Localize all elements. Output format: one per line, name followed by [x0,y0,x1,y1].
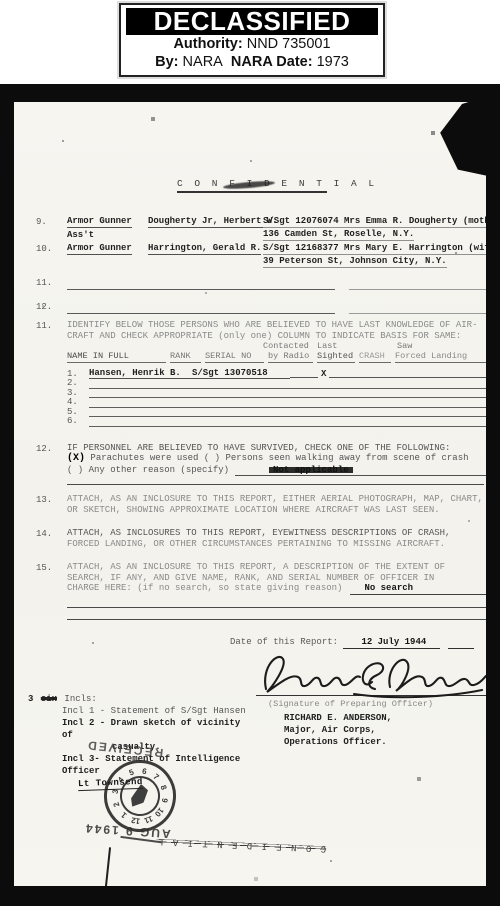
blank-line [67,599,486,608]
col-saw: Saw [397,341,412,352]
no-search-answer: No search [364,583,413,593]
blank-line [290,376,318,378]
authority-value: NND 735001 [247,36,331,52]
crew-serial-nok: S/Sgt 12168377 Mrs Mary E. Harrington (w… [263,242,500,255]
witness-rank-serial: S/Sgt 13070518 [192,368,290,380]
scanned-document-page: DECLASSIFIED Authority: NND 735001 By: N… [0,0,500,906]
clock-hand [128,783,151,810]
scan-edge-right [486,92,500,906]
section-15-text-1: ATTACH, AS AN INCLOSURE TO THIS REPORT, … [67,562,486,573]
blank-line [67,611,486,620]
section-11-text-1: IDENTIFY BELOW THOSE PERSONS WHO ARE BEL… [67,320,486,331]
nara-date-value: 1973 [317,54,349,70]
section-number: 13. [28,494,67,515]
sighted-check-mark: X [318,369,329,380]
section-12-specify-line: ( ) Any other reason (specify) Not appli… [67,465,486,477]
inclosure-1: Incl 1 - Statement of S/Sgt Hansen [62,705,256,717]
clock-number: 1 [119,810,128,820]
inclosures-count-line: 3 six Incls: [28,693,256,705]
authority-line: Authority: NND 735001 [126,35,378,53]
option-other: Any other reason (specify) [89,465,229,477]
clock-number: 9 [160,797,170,803]
struck-word: six [39,694,59,704]
by-label: By: [155,54,178,70]
blank-line [67,301,335,314]
crew-role: Armor Gunner [67,215,132,228]
by-value: NARA [183,54,223,70]
divider-line [67,476,484,485]
crew-row-number: 9. [28,216,67,228]
section-15-answer-line: CHARGE HERE: (if no search, so state giv… [67,583,486,595]
clock-number: 3 [111,789,121,795]
col-name-in-full: NAME IN FULL [67,351,166,363]
section-15-text-2: SEARCH, IF ANY, AND GIVE NAME, RANK, AND… [67,573,486,584]
crew-row-10: 10. Armor Gunner Harrington, Gerald R. S… [28,241,486,255]
option-parachutes: Parachutes were used [90,453,198,463]
checked-mark: (X) [67,453,85,464]
clock-number: 6 [141,767,147,777]
section-12: 12. IF PERSONNEL ARE BELIEVED TO HAVE SU… [28,443,486,486]
witness-row-blank: 2. [67,379,486,389]
section-13-text-2: OR SKETCH, SHOWING APPROXIMATE LOCATION … [67,505,486,516]
officer-rank: Major, Air Corps, [284,724,486,736]
crew-row-9b: Ass't 136 Camden St, Roselle, N.Y. [28,228,486,242]
clock-number: 5 [128,768,135,778]
officer-name: RICHARD E. ANDERSON, [284,712,486,724]
scan-edge-bottom [0,886,500,906]
option-walking: Persons seen walking away from scene of … [225,453,468,463]
officer-title: Operations Officer. [284,736,486,748]
blank-line [89,416,486,417]
crew-row-number: 10. [28,243,67,255]
crew-row-12-blank: 12. [28,301,486,314]
section-11-text-2: CRAFT AND CHECK APPROPRIATE (only one) C… [67,331,486,342]
col-last: Last [317,341,337,352]
clock-number: 4 [116,775,126,784]
table-header-top: Contacted Last Saw [67,341,486,351]
blank-line [349,301,486,314]
classification-header: C O N F I D E N T I A L [177,178,327,193]
section-number: 14. [28,528,67,549]
clock-number: 2 [112,801,122,808]
section-14-text-1: ATTACH, AS INCLOSURES TO THIS REPORT, EY… [67,528,486,539]
section-12-text-1: IF PERSONNEL ARE BELIEVED TO HAVE SURVIV… [67,443,486,454]
section-13: 13. ATTACH, AS AN INCLOSURE TO THIS REPO… [28,494,486,515]
blank-line [349,277,486,290]
crew-row-number: 12. [28,301,67,314]
by-line: By: NARA NARA Date: 1973 [126,53,378,71]
col-sighted: Sighted [317,351,355,363]
col-contacted: Contacted [263,341,309,352]
crew-nok-address: 136 Camden St, Roselle, N.Y. [263,228,414,241]
crew-row-9: 9. Armor Gunner Dougherty Jr, Herbert W.… [28,214,486,228]
clock-number: 11 [143,814,154,825]
col-rank: RANK [170,351,201,363]
document-body: C O N F I D E N T I A L 9. Armor Gunner … [28,172,486,790]
handwritten-signature [256,645,488,703]
section-14-text-2: FORCED LANDING, OR OTHER CIRCUMSTANCES P… [67,539,486,550]
row-number: 6. [67,416,89,427]
section-14: 14. ATTACH, AS INCLOSURES TO THIS REPORT… [28,528,486,549]
officer-name-block: RICHARD E. ANDERSON, Major, Air Corps, O… [284,712,486,748]
witness-row-blank: 4. [67,398,486,408]
inclosures-label: Incls: [64,694,96,704]
section-number: 11. [28,320,67,427]
witness-row-blank: 3. [67,389,486,399]
blank-line [67,277,335,290]
specify-blank: Not applicable [235,465,486,477]
inclosures-count: 3 [28,694,33,704]
col-serial-no: SERIAL NO [205,351,264,363]
declassified-stamp: DECLASSIFIED Authority: NND 735001 By: N… [119,3,385,77]
crew-role-2: Ass't [67,230,94,240]
crew-row-10b: 39 Peterson St, Johnson City, N.Y. [28,255,486,269]
answer-blank: No search [350,583,486,595]
authority-label: Authority: [173,36,242,52]
blank-line [89,426,486,427]
unchecked-mark: ( ) [204,453,220,463]
scan-edge-top [0,84,500,102]
declassified-banner: DECLASSIFIED [126,8,378,35]
witness-name: Hansen, Henrik B. [89,368,192,380]
unchecked-mark: ( ) [67,465,83,477]
witness-row-blank: 5. [67,408,486,418]
redacted-not-applicable: Not applicable [269,465,353,476]
table-header-row: NAME IN FULL RANK SERIAL NO by Radio Sig… [67,351,486,363]
crew-name: Dougherty Jr, Herbert W. [148,215,278,228]
blank-line [89,388,486,389]
blank-line [89,397,486,398]
clock-number: 8 [159,784,169,791]
crew-serial-nok: S/Sgt 12076074 Mrs Emma R. Dougherty (mo… [263,215,500,228]
nara-date-label: NARA Date: [231,54,313,70]
scan-edge-left [0,92,14,906]
col-forced-landing: Forced Landing [395,351,486,363]
section-15-text-3: CHARGE HERE: (if no search, so state giv… [67,583,342,595]
section-11: 11. IDENTIFY BELOW THOSE PERSONS WHO ARE… [28,320,486,427]
scan-specks [0,0,2,2]
blank-line [329,376,486,378]
crew-row-number: 11. [28,277,67,290]
crew-role: Armor Gunner [67,242,132,255]
inclosure-2: Incl 2 - Drawn sketch of vicinity of [62,717,256,741]
blank-line [89,407,486,408]
crew-nok-address: 39 Peterson St, Johnson City, N.Y. [263,255,447,268]
section-15: 15. ATTACH, AS AN INCLOSURE TO THIS REPO… [28,562,486,620]
col-by-radio: by Radio [268,351,313,363]
clock-number: 7 [151,772,160,782]
col-crash: CRASH [359,351,391,363]
signature-block: (Signature of Preparing Officer) RICHARD… [256,649,486,748]
section-13-text-1: ATTACH, AS AN INCLOSURE TO THIS REPORT, … [67,494,486,505]
section-number: 15. [28,562,67,620]
witness-row-1: 1. Hansen, Henrik B. S/Sgt 13070518 X [67,367,486,379]
clock-number: 10 [153,806,166,819]
signature-line [256,649,486,696]
witness-row-blank: 6. [67,417,486,427]
section-number: 12. [28,443,67,486]
crew-name: Harrington, Gerald R. [148,242,261,255]
crew-row-11-blank: 11. [28,277,486,290]
section-12-options: (X) Parachutes were used ( ) Persons see… [67,453,486,465]
